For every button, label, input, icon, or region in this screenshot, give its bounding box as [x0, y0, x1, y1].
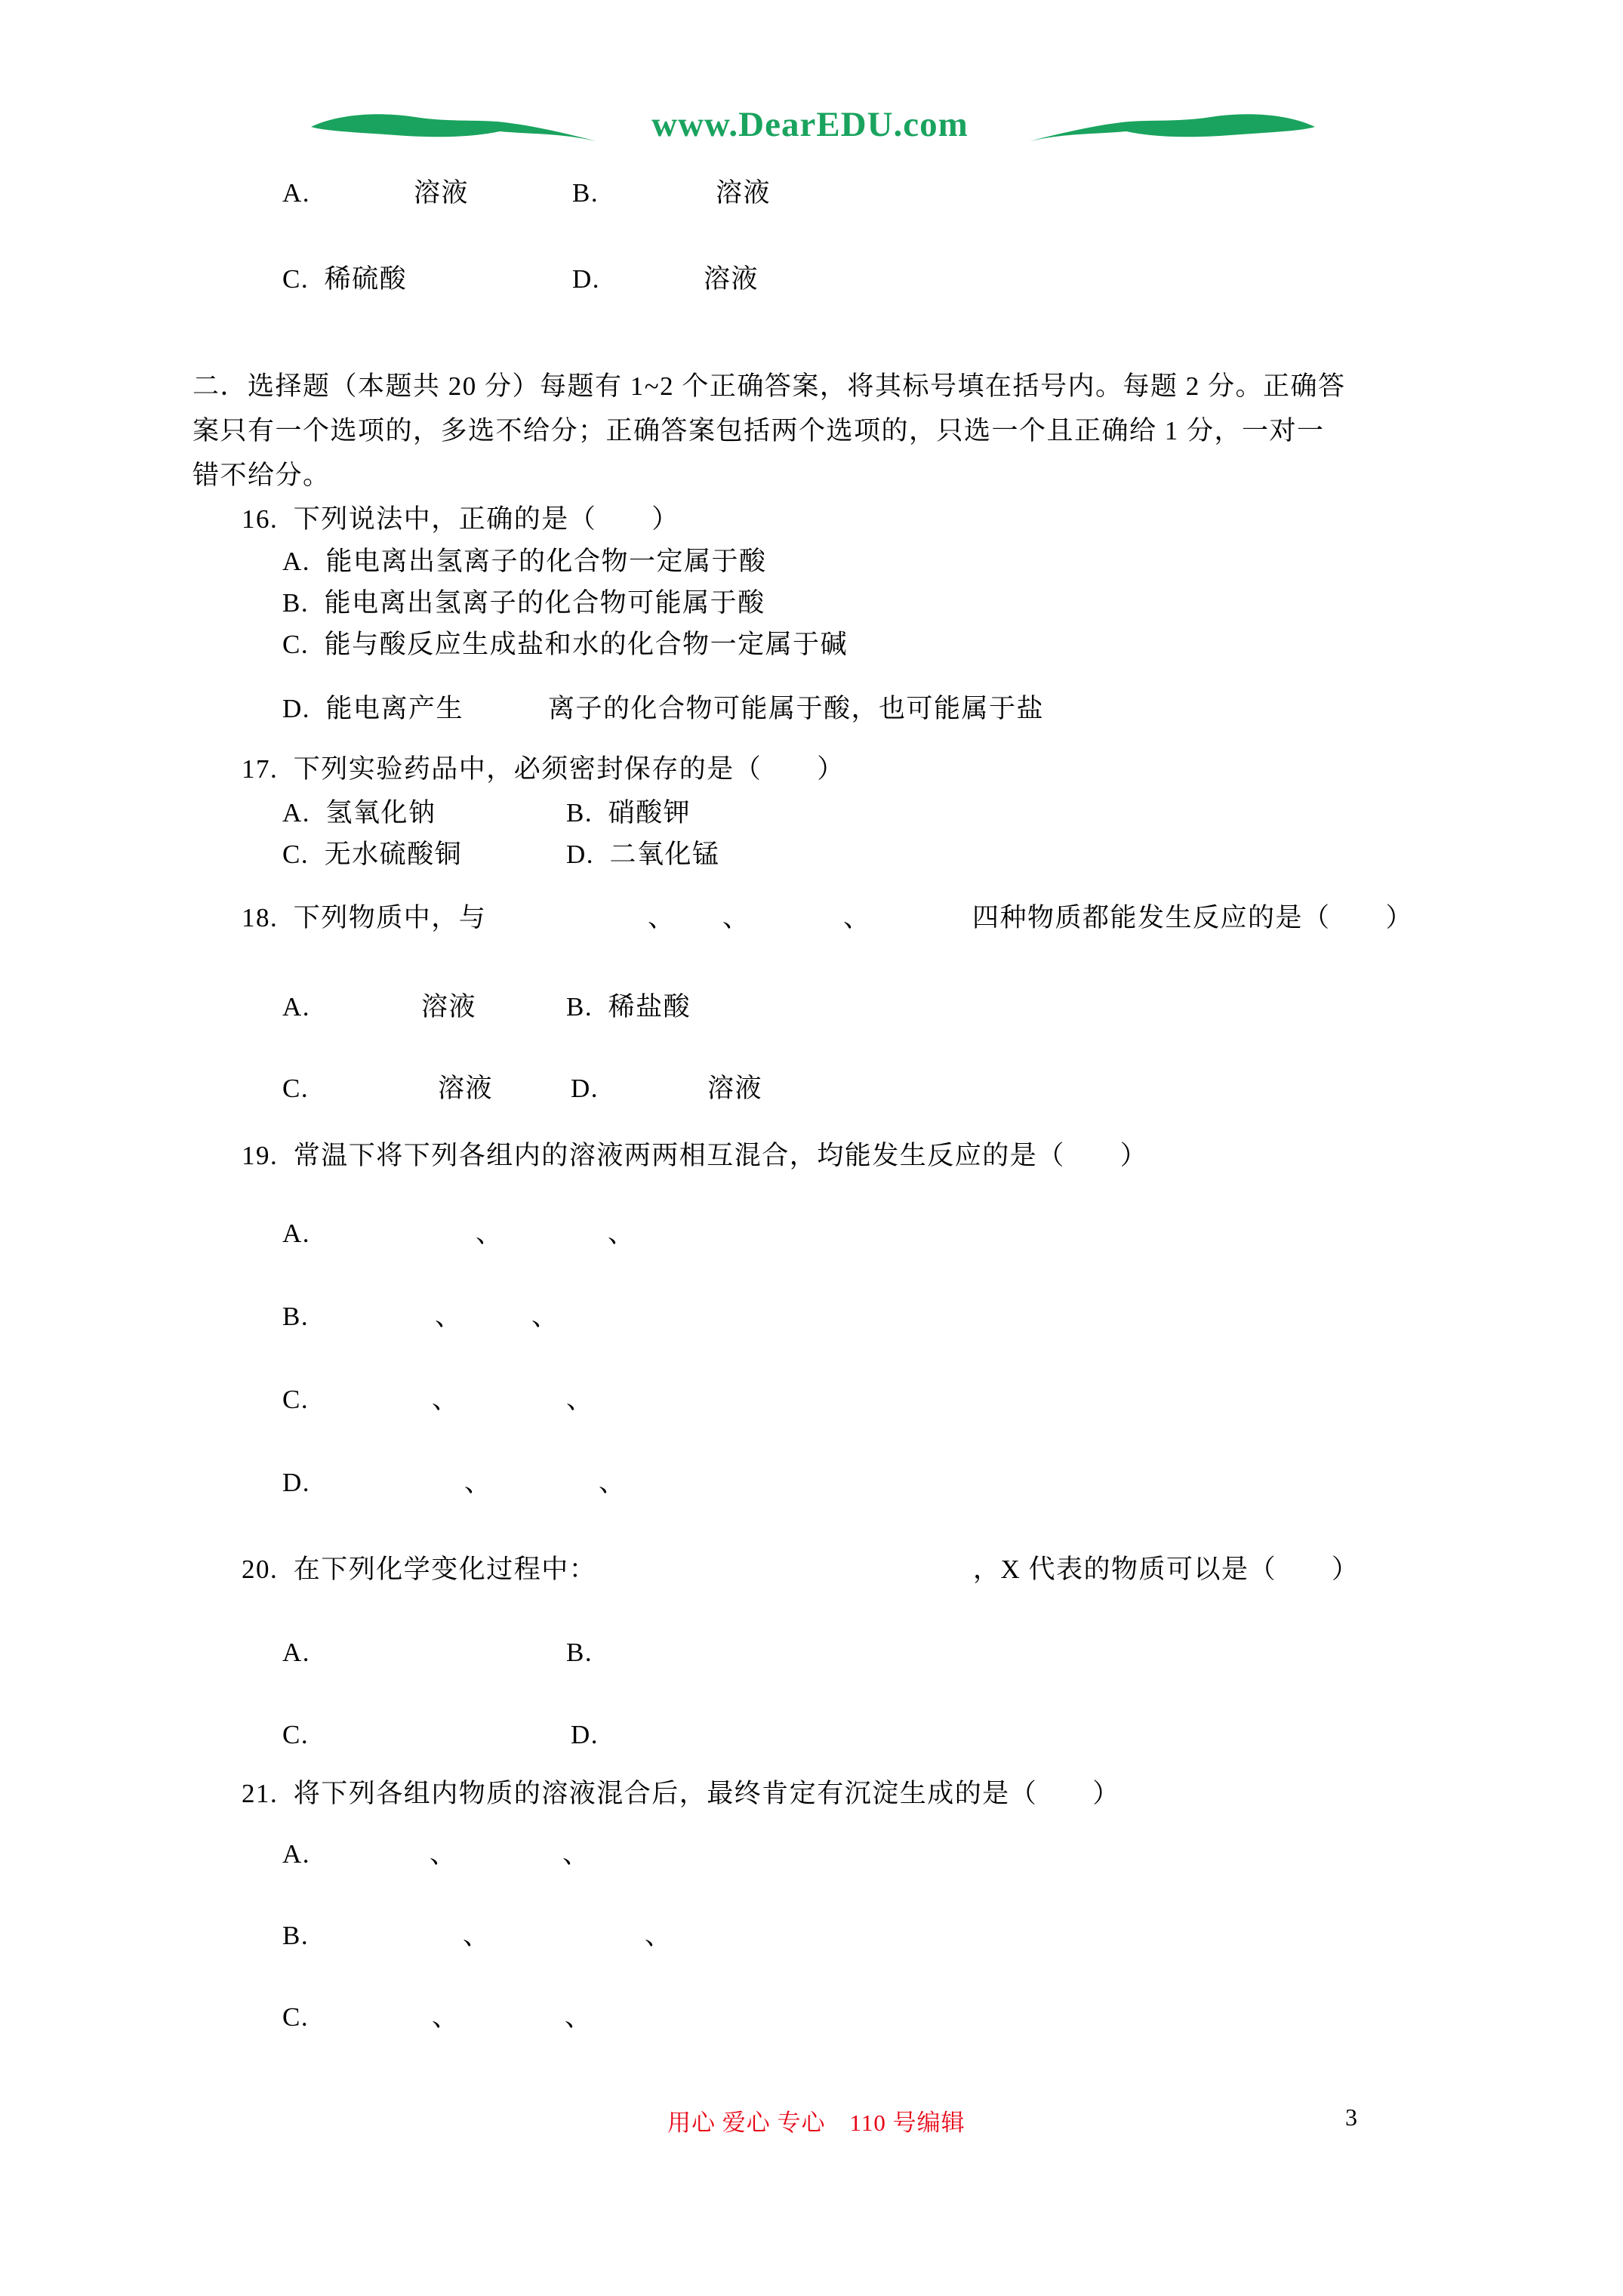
text-segment: 二．选择题（本题共 20 分）每题有 1~2 个正确答案，将其标号填在括号内。每…	[192, 368, 1345, 405]
text-segment: 、	[722, 900, 750, 936]
exam-page: www.DearEDU.com A.溶液B.溶液C. 稀硫酸D.溶液二．选择题（…	[0, 0, 1623, 2296]
text-segment: A. 能电离出氢离子的化合物一定属于酸	[282, 544, 767, 580]
page-number: 3	[1345, 2103, 1357, 2131]
text-segment: C. 稀硫酸	[282, 261, 407, 297]
text-segment: 、	[608, 1216, 636, 1252]
text-segment: 、	[464, 1465, 492, 1501]
text-segment: 溶液	[438, 1071, 493, 1107]
text-segment: D. 二氧化锰	[566, 837, 720, 873]
text-segment: A.	[282, 175, 310, 211]
text-segment: 、	[645, 1918, 673, 1954]
text-line: D. 能电离产生离子的化合物可能属于酸，也可能属于盐	[0, 691, 1623, 729]
text-segment: C.	[282, 1999, 309, 2036]
text-line: C.D.	[0, 1717, 1623, 1755]
text-segment: 、	[430, 1836, 457, 1872]
text-line: 16. 下列说法中，正确的是（ ）	[0, 501, 1623, 539]
text-segment: 、	[463, 1918, 491, 1954]
text-segment: 、	[531, 1299, 559, 1335]
text-line: C.溶液D.溶液	[0, 1071, 1623, 1108]
text-line: A.溶液B.溶液	[0, 175, 1623, 213]
text-segment: 离子的化合物可能属于酸，也可能属于盐	[548, 691, 1044, 727]
text-line: A.、、	[0, 1216, 1623, 1253]
text-segment: 、	[566, 1382, 594, 1418]
text-segment: 、	[562, 1836, 590, 1872]
text-segment: 溶液	[704, 261, 759, 297]
text-segment: 、	[648, 900, 676, 936]
text-segment: C.	[282, 1382, 309, 1418]
text-segment: B.	[282, 1299, 309, 1335]
footer-slogan: 用心 爱心 专心 110 号编辑	[667, 2103, 965, 2137]
text-segment: ，X 代表的物质可以是（ ）	[973, 1552, 1360, 1588]
text-segment: 四种物质都能发生反应的是（ ）	[972, 900, 1413, 936]
text-segment: D. 能电离产生	[282, 691, 463, 727]
text-segment: 错不给分。	[192, 458, 331, 494]
document-body: A.溶液B.溶液C. 稀硫酸D.溶液二．选择题（本题共 20 分）每题有 1~2…	[0, 0, 1623, 2296]
text-segment: A.	[282, 1635, 310, 1671]
text-segment: 16. 下列说法中，正确的是（ ）	[242, 501, 679, 538]
text-segment: D.	[282, 1465, 310, 1501]
text-line: 20. 在下列化学变化过程中：，X 代表的物质可以是（ ）	[0, 1552, 1623, 1589]
text-segment: D.	[571, 1071, 599, 1107]
text-segment: 、	[476, 1216, 504, 1252]
text-line: C. 无水硫酸铜D. 二氧化锰	[0, 837, 1623, 874]
text-line: A.B.	[0, 1635, 1623, 1672]
text-line: C.、、	[0, 1999, 1623, 2037]
text-segment: B. 稀盐酸	[566, 989, 691, 1025]
text-line: A. 氢氧化钠B. 硝酸钾	[0, 795, 1623, 833]
text-segment: B. 硝酸钾	[566, 795, 691, 831]
text-segment: 20. 在下列化学变化过程中：	[242, 1552, 596, 1588]
text-segment: B.	[282, 1918, 309, 1954]
text-segment: A.	[282, 1216, 310, 1252]
text-segment: 17. 下列实验药品中，必须密封保存的是（ ）	[242, 751, 845, 787]
text-line: 二．选择题（本题共 20 分）每题有 1~2 个正确答案，将其标号填在括号内。每…	[0, 368, 1623, 406]
text-line: B.、、	[0, 1918, 1623, 1955]
text-segment: 、	[432, 1382, 460, 1418]
text-segment: B.	[572, 175, 599, 211]
text-line: 17. 下列实验药品中，必须密封保存的是（ ）	[0, 751, 1623, 789]
text-segment: C.	[282, 1717, 309, 1753]
text-segment: 19. 常温下将下列各组内的溶液两两相互混合，均能发生反应的是（ ）	[242, 1138, 1147, 1174]
page-footer: 用心 爱心 专心 110 号编辑 3	[0, 2103, 1623, 2137]
text-segment: A. 氢氧化钠	[282, 795, 436, 831]
text-segment: A.	[282, 1836, 310, 1872]
text-segment: C.	[282, 1071, 309, 1107]
text-segment: B. 能电离出氢离子的化合物可能属于酸	[282, 585, 765, 621]
text-segment: 18. 下列物质中，与	[242, 900, 486, 936]
text-line: 错不给分。	[0, 458, 1623, 495]
text-segment: 溶液	[716, 175, 771, 211]
text-segment: 溶液	[421, 989, 476, 1025]
text-segment: 案只有一个选项的，多选不给分；正确答案包括两个选项的，只选一个且正确给 1 分，…	[192, 413, 1325, 449]
text-line: B. 能电离出氢离子的化合物可能属于酸	[0, 585, 1623, 623]
text-segment: C. 无水硫酸铜	[282, 837, 462, 873]
text-segment: D.	[571, 1717, 599, 1753]
text-segment: D.	[572, 261, 600, 297]
text-segment: 21. 将下列各组内物质的溶液混合后，最终肯定有沉淀生成的是（ ）	[242, 1776, 1120, 1812]
text-segment: 溶液	[707, 1071, 762, 1107]
text-line: 18. 下列物质中，与、、、四种物质都能发生反应的是（ ）	[0, 900, 1623, 938]
text-segment: 、	[599, 1465, 627, 1501]
text-line: B.、、	[0, 1299, 1623, 1336]
text-segment: A.	[282, 989, 310, 1025]
text-line: D.、、	[0, 1465, 1623, 1502]
text-segment: 、	[843, 900, 871, 936]
text-line: C. 能与酸反应生成盐和水的化合物一定属于碱	[0, 627, 1623, 664]
text-line: 19. 常温下将下列各组内的溶液两两相互混合，均能发生反应的是（ ）	[0, 1138, 1623, 1176]
text-line: A.溶液B. 稀盐酸	[0, 989, 1623, 1027]
text-segment: 、	[435, 1299, 463, 1335]
text-line: 21. 将下列各组内物质的溶液混合后，最终肯定有沉淀生成的是（ ）	[0, 1776, 1623, 1814]
text-line: A. 能电离出氢离子的化合物一定属于酸	[0, 544, 1623, 581]
text-segment: B.	[566, 1635, 593, 1671]
text-segment: 、	[565, 1999, 593, 2036]
text-segment: C. 能与酸反应生成盐和水的化合物一定属于碱	[282, 627, 848, 663]
text-line: 案只有一个选项的，多选不给分；正确答案包括两个选项的，只选一个且正确给 1 分，…	[0, 413, 1623, 451]
text-line: A.、、	[0, 1836, 1623, 1874]
text-line: C. 稀硫酸D.溶液	[0, 261, 1623, 299]
text-segment: 溶液	[414, 175, 469, 211]
text-line: C.、、	[0, 1382, 1623, 1419]
text-segment: 、	[432, 1999, 460, 2036]
